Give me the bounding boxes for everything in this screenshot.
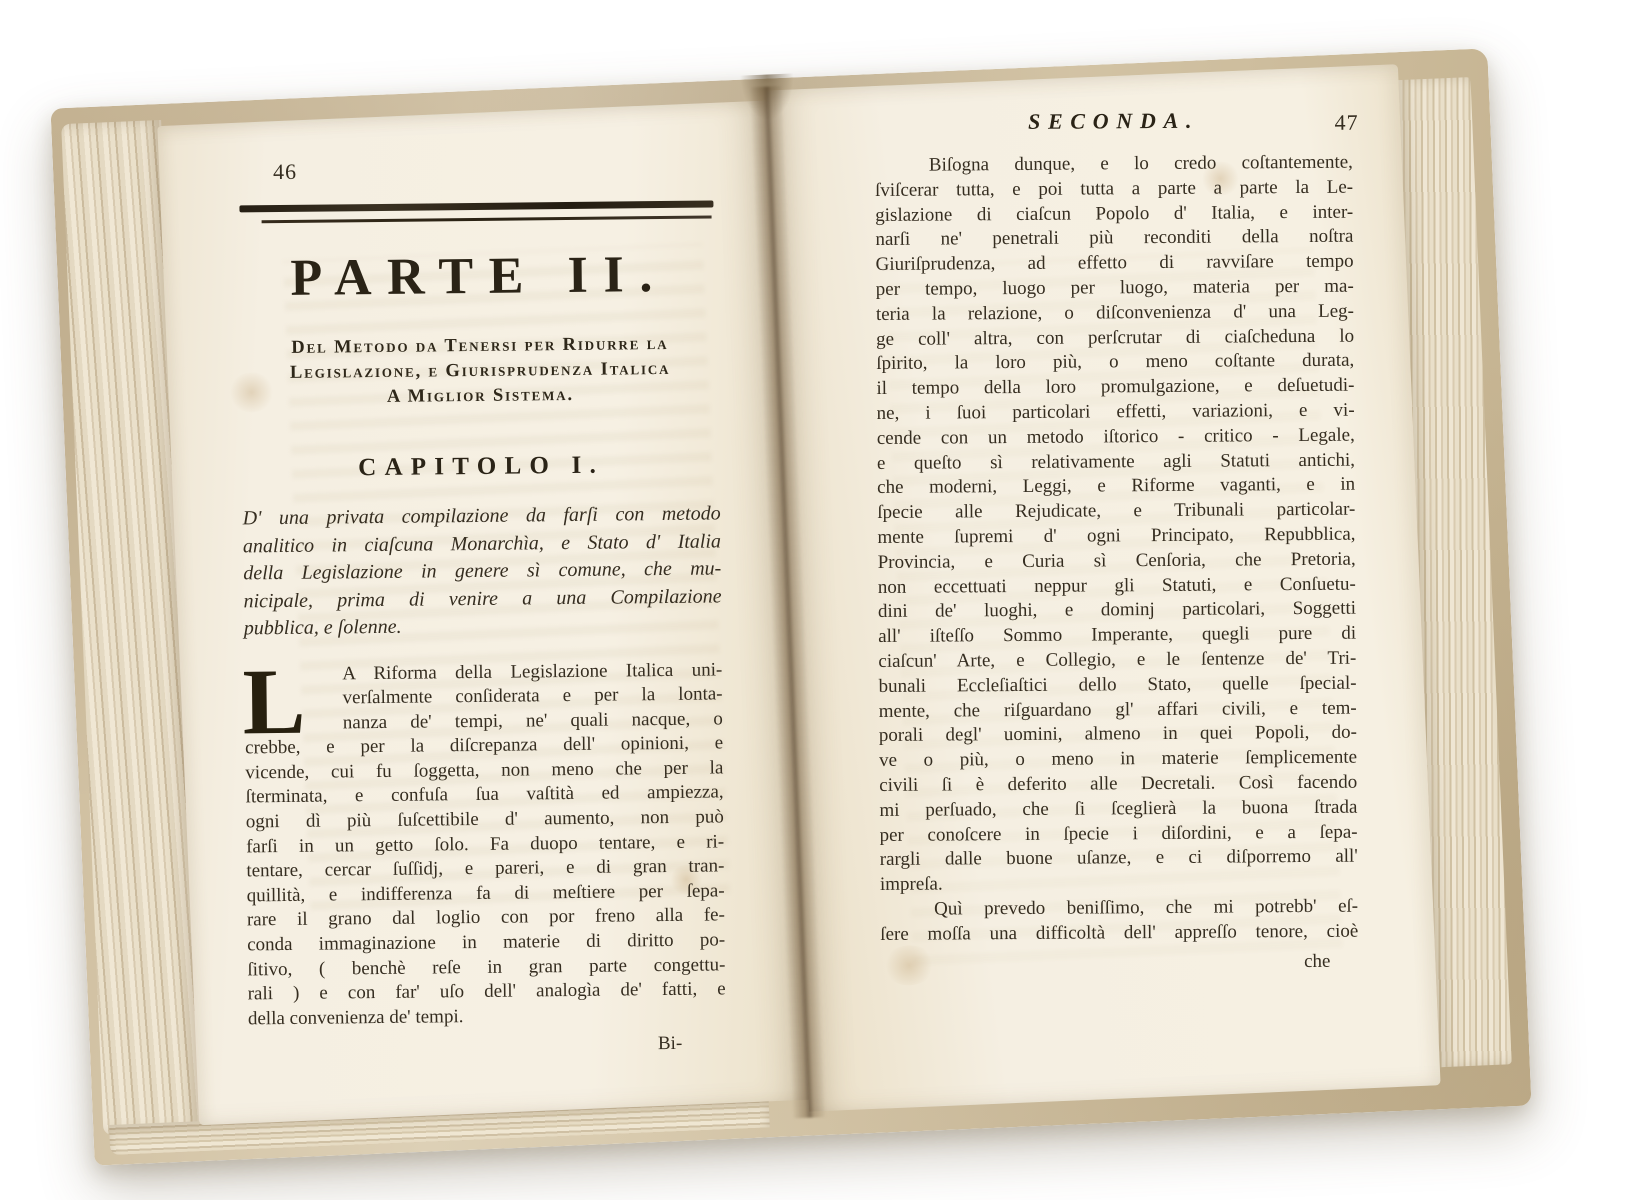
left-page-text: 46 PARTE II. Del Metodo da Tenersi per R… — [239, 148, 726, 1059]
text-line: Giuriſprudenza, ad effetto di ravviſare … — [876, 250, 1354, 278]
page-right: SECONDA. 47 Biſogna dunque, e lo credo c… — [766, 64, 1440, 1112]
book: 46 PARTE II. Del Metodo da Tenersi per R… — [50, 48, 1531, 1165]
text-line: nicipale, prima di venire a una Compilaz… — [243, 583, 721, 616]
body-lines: A Riforma della Legislazione Italica uni… — [244, 658, 726, 1032]
text-line: il tempo della loro promulgazione, e deſ… — [876, 374, 1354, 402]
text-line: cende con un metodo iſtorico - critico -… — [877, 423, 1355, 451]
text-line: per conoſcere in ſpecie i diſordini, e a… — [879, 820, 1357, 848]
head-rule-thin — [262, 215, 712, 223]
text-line: della convenienza de' tempi. — [248, 1002, 726, 1032]
page-left: 46 PARTE II. Del Metodo da Tenersi per R… — [157, 101, 808, 1126]
text-line: della Legislazione in genere sì comune, … — [243, 555, 721, 588]
text-line: all' iſteſſo Sommo Imperante, quegli pur… — [878, 622, 1356, 650]
text-line: mi perſuado, che ſi ſceglierà la buona ſ… — [879, 795, 1357, 823]
text-line: non eccettuati neppur gli Statuti, e Con… — [878, 572, 1356, 600]
text-line: rali ) e con far' uſo dell' analogìa de'… — [248, 978, 726, 1008]
chapter-heading: CAPITOLO I. — [242, 450, 720, 483]
body-lines: Biſogna dunque, e lo credo coſtantemente… — [875, 151, 1359, 948]
text-line: dini de' luoghi, e dominj particolari, S… — [878, 597, 1356, 625]
text-line: A Miglior Sistema. — [241, 381, 719, 411]
page-number: 47 — [1335, 110, 1359, 136]
spine-notch — [740, 73, 796, 121]
page-number: 46 — [273, 159, 297, 185]
text-line: ciaſcun' Arte, e Collegio, e le ſentenze… — [878, 647, 1356, 675]
text-line: teria la relazione, o diſconvenienza d' … — [876, 299, 1354, 327]
text-line: e queſto sì relativamente agli Statuti a… — [877, 448, 1355, 476]
catchword: che — [880, 950, 1358, 975]
text-line: ſpecie alle Rejudicate, e Tribunali part… — [877, 498, 1355, 526]
body-text: L A Riforma della Legislazione Italica u… — [244, 658, 726, 1032]
photo-background: 46 PARTE II. Del Metodo da Tenersi per R… — [0, 0, 1633, 1200]
text-line: ne, i ſuoi particolari effetti, variazio… — [877, 399, 1355, 427]
text-line: porali degl' uomini, almeno in quei Popo… — [879, 721, 1357, 749]
text-line: impreſa. — [880, 870, 1358, 898]
text-line: mente ſupremi d' ogni Principato, Repubb… — [877, 523, 1355, 551]
text-line: Biſogna dunque, e lo credo coſtantemente… — [875, 151, 1353, 179]
text-line: Provincia, e Curia sì Cenſoria, che Pret… — [878, 547, 1356, 575]
drop-cap: L — [242, 665, 305, 738]
head-rule-thick — [239, 200, 713, 212]
text-line: pubblica, e ſolenne. — [244, 610, 722, 643]
text-line: per tempo, luogo per luogo, materia per … — [876, 275, 1354, 303]
text-line: rargli dalle buone uſanze, e ci diſporre… — [880, 845, 1358, 873]
text-line: ſere moſſa una difficoltà dell' appreſſo… — [880, 919, 1358, 947]
text-line: verſalmente conſiderata e per la lonta- — [342, 682, 722, 711]
text-line: Legislazione, e Giurisprudenza Italica — [241, 356, 719, 386]
running-head: SECONDA. — [875, 107, 1353, 136]
text-line: civili ſi è deferito alle Decretali. Cos… — [879, 771, 1357, 799]
text-line: bunali Eccleſiaſtici dello Stato, quelle… — [878, 671, 1356, 699]
text-line: gislazione di ciaſcun Popolo d' Italia, … — [875, 200, 1353, 228]
part-subtitle: Del Metodo da Tenersi per Ridurre laLegi… — [241, 331, 720, 411]
text-line: D' una privata compilazione da farſi con… — [243, 500, 721, 533]
text-line: Quì prevedo beniſſimo, che mi potrebb' e… — [880, 895, 1358, 923]
text-line: ſpirito, la loro più, o meno coſtante du… — [876, 349, 1354, 377]
text-line: ve o più, o meno in materie ſemplicement… — [879, 746, 1357, 774]
text-line: mente, che riſguardano gl' affari civili… — [879, 696, 1357, 724]
text-line: che moderni, Leggi, e Riforme vaganti, e… — [877, 473, 1355, 501]
text-line: ſviſcerar tutta, e poi tutta a parte a p… — [875, 175, 1353, 203]
right-page-text: SECONDA. 47 Biſogna dunque, e lo credo c… — [875, 107, 1359, 976]
part-title: PARTE II. — [240, 244, 719, 308]
running-head-row: SECONDA. 47 — [875, 107, 1353, 142]
chapter-argument: D' una privata compilazione da farſi con… — [243, 500, 722, 642]
catchword: Bi- — [248, 1033, 726, 1060]
text-line: narſi ne' penetrali più reconditi della … — [875, 225, 1353, 253]
text-line: ge coll' altra, con perſcrutar di ciaſch… — [876, 324, 1354, 352]
